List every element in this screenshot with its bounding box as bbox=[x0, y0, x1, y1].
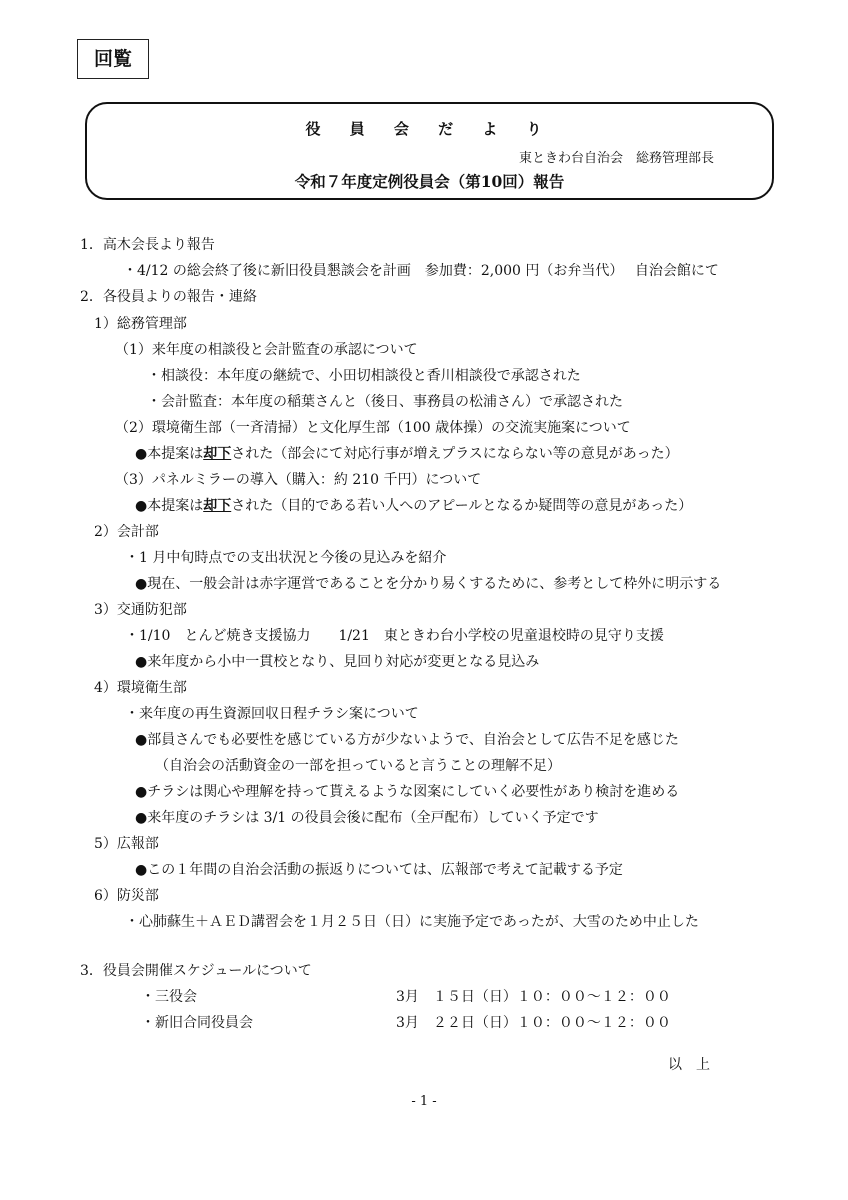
report-line: ●チラシは関心や理解を持って貰えるような図案にしていく必要性があり検討を進める bbox=[135, 783, 679, 801]
report-subtitle: 令和７年度定例役員会（第10回）報告 bbox=[87, 170, 772, 192]
title-box: 役 員 会 だ よ り 東ときわ台自治会 総務管理部長 令和７年度定例役員会（第… bbox=[85, 102, 774, 200]
rejected-emphasis: 却下 bbox=[203, 498, 231, 514]
report-line: ・相談役：本年度の継続で、小田切相談役と香川相談役で承認された bbox=[147, 367, 581, 385]
report-line: 5）広報部 bbox=[94, 835, 159, 853]
report-line: ●部員さんでも必要性を感じている方が少ないようで、自治会として広告不足を感じた bbox=[135, 731, 679, 749]
schedule-item-name: ・新旧合同役員会 bbox=[141, 1014, 253, 1032]
line-text: された（目的である若い人へのアピールとなるか疑問等の意見があった） bbox=[231, 498, 692, 514]
report-line: ・心肺蘇生＋ＡＥＤ講習会を１月２５日（日）に実施予定であったが、大雪のため中止し… bbox=[125, 913, 699, 931]
rejected-emphasis: 却下 bbox=[203, 446, 231, 462]
report-line: （2）環境衛生部（一斉清掃）と文化厚生部（100 歳体操）の交流実施案について bbox=[115, 419, 631, 437]
report-line: ●本提案は却下された（目的である若い人へのアピールとなるか疑問等の意見があった） bbox=[135, 497, 692, 515]
schedule-item-name: ・三役会 bbox=[141, 988, 197, 1006]
report-line: ・1 月中旬時点での支出状況と今後の見込みを紹介 bbox=[125, 549, 446, 567]
line-text: ●本提案は bbox=[135, 498, 203, 514]
line-text: された（部会にて対応行事が増えプラスにならない等の意見があった） bbox=[231, 446, 678, 462]
report-line: ・4/12 の総会終了後に新旧役員懇談会を計画 参加費：2,000 円（お弁当代… bbox=[123, 262, 719, 280]
report-line: 6）防災部 bbox=[94, 887, 159, 905]
line-text: ●本提案は bbox=[135, 446, 203, 462]
report-line: 1）総務管理部 bbox=[94, 315, 187, 333]
author-line: 東ときわ台自治会 総務管理部長 bbox=[519, 147, 714, 166]
report-line: 4）環境衛生部 bbox=[94, 679, 187, 697]
page-number: - 1 - bbox=[0, 1094, 848, 1109]
report-line: 2．各役員よりの報告・連絡 bbox=[80, 288, 257, 306]
newsletter-title: 役 員 会 だ よ り bbox=[87, 118, 772, 139]
report-line: 1．高木会長より報告 bbox=[80, 236, 215, 254]
report-line: ・1/10 とんど焼き支援協力 1/21 東ときわ台小学校の児童退校時の見守り支… bbox=[125, 627, 664, 645]
report-line: ・来年度の再生資源回収日程チラシ案について bbox=[125, 705, 419, 723]
report-line: 3．役員会開催スケジュールについて bbox=[80, 962, 312, 980]
report-line: （自治会の活動資金の一部を担っていると言うことの理解不足） bbox=[155, 757, 561, 775]
report-line: （3）パネルミラーの導入（購入：約 210 千円）について bbox=[115, 471, 481, 489]
schedule-item-date: 3月 ２２日（日）１０：００〜１２：００ bbox=[396, 1014, 671, 1032]
report-line: ●来年度のチラシは 3/1 の役員会後に配布（全戸配布）していく予定です bbox=[135, 809, 599, 827]
circulation-stamp: 回覧 bbox=[77, 39, 149, 79]
report-line: ・会計監査：本年度の稲葉さんと（後日、事務員の松浦さん）で承認された bbox=[147, 393, 623, 411]
closing-mark: 以 上 bbox=[668, 1056, 710, 1074]
report-line: ●来年度から小中一貫校となり、見回り対応が変更となる見込み bbox=[135, 653, 539, 671]
report-line: ●現在、一般会計は赤字運営であることを分かり易くするために、参考として枠外に明示… bbox=[135, 575, 721, 593]
report-line: 3）交通防犯部 bbox=[94, 601, 187, 619]
report-line: （1）来年度の相談役と会計監査の承認について bbox=[115, 341, 418, 359]
report-line: ●本提案は却下された（部会にて対応行事が増えプラスにならない等の意見があった） bbox=[135, 445, 679, 463]
schedule-item-date: 3月 １５日（日）１０：００〜１２：００ bbox=[396, 988, 671, 1006]
report-line: ●この１年間の自治会活動の振返りについては、広報部で考えて記載する予定 bbox=[135, 861, 623, 879]
report-line: 2）会計部 bbox=[94, 523, 159, 541]
